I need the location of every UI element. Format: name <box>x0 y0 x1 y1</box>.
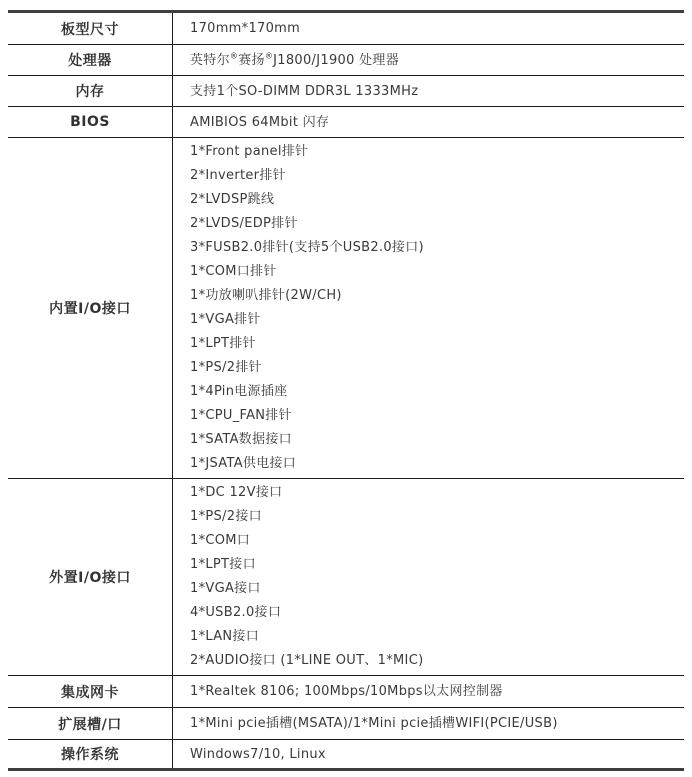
spec-value-line: 1*Realtek 8106; 100Mbps/10Mbps以太网控制器 <box>190 680 684 704</box>
spec-row-value: Windows7/10, Linux <box>173 740 684 768</box>
spec-row: 扩展槽/口 1*Mini pcie插槽(MSATA)/1*Mini pcie插槽… <box>8 707 684 739</box>
spec-value-line: 1*SATA数据接口 <box>190 428 684 452</box>
spec-row-label: 外置I/O接口 <box>8 479 173 675</box>
spec-row-label: 集成网卡 <box>8 676 173 707</box>
spec-row: 操作系统 Windows7/10, Linux <box>8 739 684 768</box>
spec-value-line: 1*JSATA供电接口 <box>190 452 684 476</box>
spec-value-line: 1*VGA排针 <box>190 308 684 332</box>
spec-value-line: 2*Inverter排针 <box>190 164 684 188</box>
spec-row-label: 操作系统 <box>8 740 173 768</box>
spec-row: 内置I/O接口 1*Front panel排针2*Inverter排针2*LVD… <box>8 137 684 478</box>
spec-row-value: 英特尔®赛扬®J1800/J1900 处理器 <box>173 45 684 75</box>
spec-row: 板型尺寸 170mm*170mm <box>8 13 684 44</box>
spec-row-label: 扩展槽/口 <box>8 708 173 739</box>
spec-row-value: 支持1个SO-DIMM DDR3L 1333MHz <box>173 76 684 106</box>
spec-row-value: 170mm*170mm <box>173 13 684 44</box>
spec-row-label: 处理器 <box>8 45 173 75</box>
spec-row: 集成网卡 1*Realtek 8106; 100Mbps/10Mbps以太网控制… <box>8 675 684 707</box>
spec-value-line: 2*AUDIO接口 (1*LINE OUT、1*MIC) <box>190 649 684 673</box>
spec-value-line: 支持1个SO-DIMM DDR3L 1333MHz <box>190 80 684 104</box>
spec-value-line: 1*4Pin电源插座 <box>190 380 684 404</box>
spec-value-line: 3*FUSB2.0排针(支持5个USB2.0接口) <box>190 236 684 260</box>
spec-value-line: 1*功放喇叭排针(2W/CH) <box>190 284 684 308</box>
page: 板型尺寸 170mm*170mm 处理器 英特尔®赛扬®J1800/J1900 … <box>0 0 692 777</box>
spec-row-label: 内置I/O接口 <box>8 138 173 478</box>
spec-value-line: 1*PS/2排针 <box>190 356 684 380</box>
spec-value-line: 170mm*170mm <box>190 17 684 41</box>
spec-value-line: 2*LVDSP跳线 <box>190 188 684 212</box>
spec-row-value: 1*DC 12V接口1*PS/2接口1*COM口1*LPT接口1*VGA接口4*… <box>173 479 684 675</box>
spec-value-line: 4*USB2.0接口 <box>190 601 684 625</box>
spec-value-line: 1*Mini pcie插槽(MSATA)/1*Mini pcie插槽WIFI(P… <box>190 712 684 736</box>
spec-row-label: 板型尺寸 <box>8 13 173 44</box>
spec-value-line: 1*Front panel排针 <box>190 140 684 164</box>
spec-row: 处理器 英特尔®赛扬®J1800/J1900 处理器 <box>8 44 684 75</box>
spec-row-value: 1*Mini pcie插槽(MSATA)/1*Mini pcie插槽WIFI(P… <box>173 708 684 739</box>
spec-value-line: AMIBIOS 64Mbit 闪存 <box>190 111 684 135</box>
spec-table: 板型尺寸 170mm*170mm 处理器 英特尔®赛扬®J1800/J1900 … <box>8 10 684 771</box>
spec-value-line: 1*VGA接口 <box>190 577 684 601</box>
spec-row-value: 1*Realtek 8106; 100Mbps/10Mbps以太网控制器 <box>173 676 684 707</box>
spec-value-line: 1*DC 12V接口 <box>190 481 684 505</box>
spec-row: 内存 支持1个SO-DIMM DDR3L 1333MHz <box>8 75 684 106</box>
spec-row-value: AMIBIOS 64Mbit 闪存 <box>173 107 684 137</box>
spec-value-line: 2*LVDS/EDP排针 <box>190 212 684 236</box>
spec-row-value: 1*Front panel排针2*Inverter排针2*LVDSP跳线2*LV… <box>173 138 684 478</box>
spec-row-label: 内存 <box>8 76 173 106</box>
spec-value-line: 1*PS/2接口 <box>190 505 684 529</box>
spec-value-line: Windows7/10, Linux <box>190 743 684 767</box>
spec-value-line: 1*COM口排针 <box>190 260 684 284</box>
spec-value-line: 1*LPT排针 <box>190 332 684 356</box>
spec-value-line: 1*LAN接口 <box>190 625 684 649</box>
spec-value-line: 1*LPT接口 <box>190 553 684 577</box>
spec-row-label: BIOS <box>8 107 173 137</box>
spec-value-line: 1*COM口 <box>190 529 684 553</box>
spec-row: BIOS AMIBIOS 64Mbit 闪存 <box>8 106 684 137</box>
spec-value-line: 英特尔®赛扬®J1800/J1900 处理器 <box>190 49 684 73</box>
spec-value-line: 1*CPU_FAN排针 <box>190 404 684 428</box>
spec-row: 外置I/O接口 1*DC 12V接口1*PS/2接口1*COM口1*LPT接口1… <box>8 478 684 675</box>
